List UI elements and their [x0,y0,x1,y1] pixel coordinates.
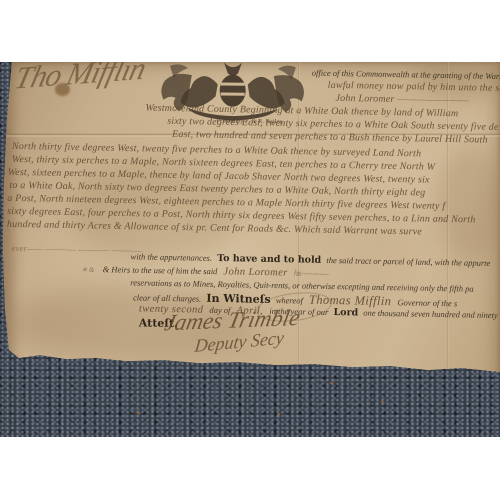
heirs-post: his ———— [294,268,328,279]
grantee-name-inline: John Loromer [223,266,287,278]
habendum-post: the said tract or parcel of land, with t… [326,255,490,268]
witness-bold: In Witneſs [206,292,271,306]
document-photo: Printed by F. & R. Bailey. Tho Mifflin o… [0,62,500,437]
carpet-speck [277,413,280,415]
page: Printed by F. & R. Bailey. Tho Mifflin o… [0,0,500,500]
governor-signature: Tho Mifflin [11,62,149,97]
witness-pre: clear of all charges. [133,292,201,303]
witness-post: Governor of the s [397,297,457,308]
marginal-mark: ✳ & [81,266,94,274]
carpet-speck [330,382,333,384]
lord-bold: Lord [333,307,358,318]
grantee-name: John Loromer [335,93,394,105]
heirs-pre: & Heirs to the use of him the said [103,264,218,276]
date-post: one thousand seven hundred and ninety [363,308,498,320]
carpet-speck [381,401,384,403]
habendum-pre: with the appurtenances. [131,251,213,262]
grantee-line: John Loromer ————————— [335,93,468,106]
mifflin-signature-inline: Thomas Mifflin [309,293,392,309]
heirs-line: ✳ & & Heirs to the use of him the said J… [81,264,328,280]
ink-rule: ————————— [397,94,468,106]
habendum-bold: To have and to hold [217,253,321,266]
ever-line: ever—— ———— ———— ———— [12,243,143,255]
carpet-speck [137,412,140,414]
